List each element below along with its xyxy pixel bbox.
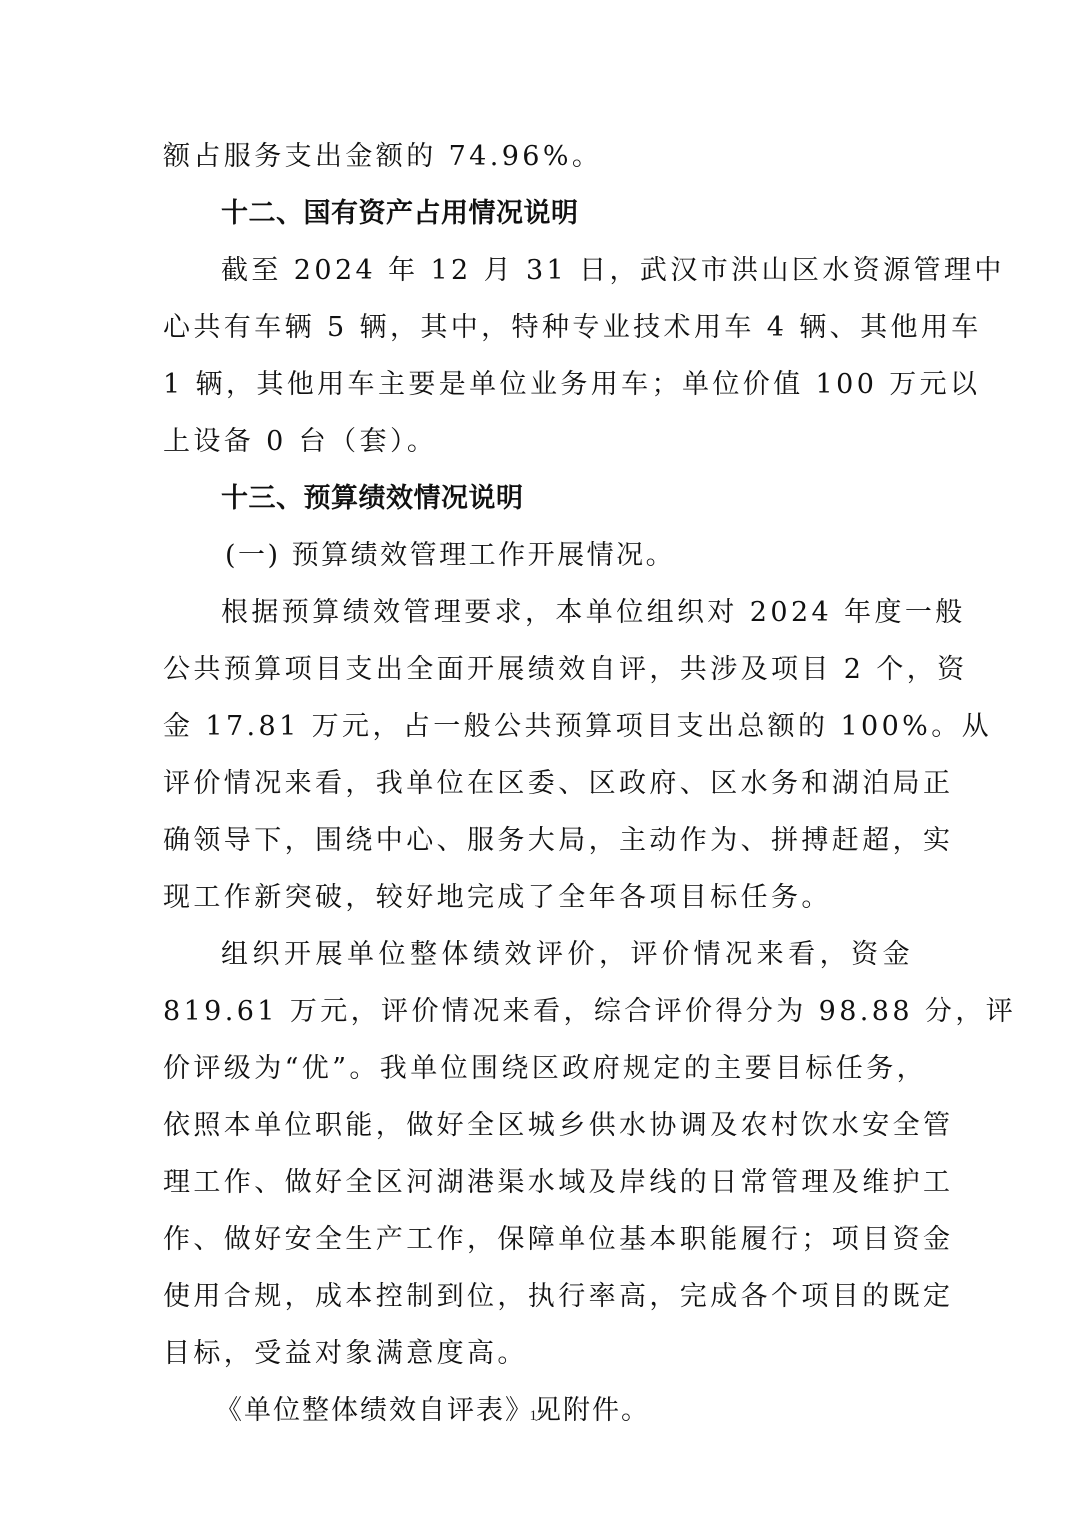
paragraph-line: 截至 2024 年 12 月 31 日，武汉市洪山区水资源管理中 [163, 242, 913, 299]
paragraph-line: 作、做好安全生产工作，保障单位基本职能履行；项目资金 [163, 1211, 913, 1268]
paragraph-line: 上设备 0 台（套）。 [163, 413, 913, 470]
paragraph-line: 依照本单位职能，做好全区城乡供水协调及农村饮水安全管 [163, 1097, 913, 1154]
document-body: 额占服务支出金额的 74.96%。 十二、国有资产占用情况说明 截至 2024 … [163, 128, 913, 1439]
subsection-heading: (一) 预算绩效管理工作开展情况。 [163, 527, 913, 584]
paragraph-line: 额占服务支出金额的 74.96%。 [163, 128, 913, 185]
paragraph-line: 组织开展单位整体绩效评价，评价情况来看，资金 [163, 926, 913, 983]
paragraph-line: 1 辆，其他用车主要是单位业务用车；单位价值 100 万元以 [163, 356, 913, 413]
paragraph-line: 819.61 万元，评价情况来看，综合评价得分为 98.88 分，评 [163, 983, 913, 1040]
paragraph-line: 评价情况来看，我单位在区委、区政府、区水务和湖泊局正 [163, 755, 913, 812]
paragraph-line: 心共有车辆 5 辆，其中，特种专业技术用车 4 辆、其他用车 [163, 299, 913, 356]
page-number: 17 [0, 1408, 1074, 1425]
paragraph-line: 确领导下，围绕中心、服务大局，主动作为、拼搏赶超，实 [163, 812, 913, 869]
section-heading-12: 十二、国有资产占用情况说明 [163, 185, 913, 242]
paragraph-line: 现工作新突破，较好地完成了全年各项目标任务。 [163, 869, 913, 926]
paragraph-line: 价评级为“优”。我单位围绕区政府规定的主要目标任务， [163, 1040, 913, 1097]
paragraph-line: 使用合规，成本控制到位，执行率高，完成各个项目的既定 [163, 1268, 913, 1325]
paragraph-line: 根据预算绩效管理要求，本单位组织对 2024 年度一般 [163, 584, 913, 641]
document-page: 额占服务支出金额的 74.96%。 十二、国有资产占用情况说明 截至 2024 … [0, 0, 1074, 1520]
section-heading-13: 十三、预算绩效情况说明 [163, 470, 913, 527]
paragraph-line: 目标，受益对象满意度高。 [163, 1325, 913, 1382]
paragraph-line: 公共预算项目支出全面开展绩效自评，共涉及项目 2 个，资 [163, 641, 913, 698]
paragraph-line: 金 17.81 万元，占一般公共预算项目支出总额的 100%。从 [163, 698, 913, 755]
paragraph-line: 理工作、做好全区河湖港渠水域及岸线的日常管理及维护工 [163, 1154, 913, 1211]
